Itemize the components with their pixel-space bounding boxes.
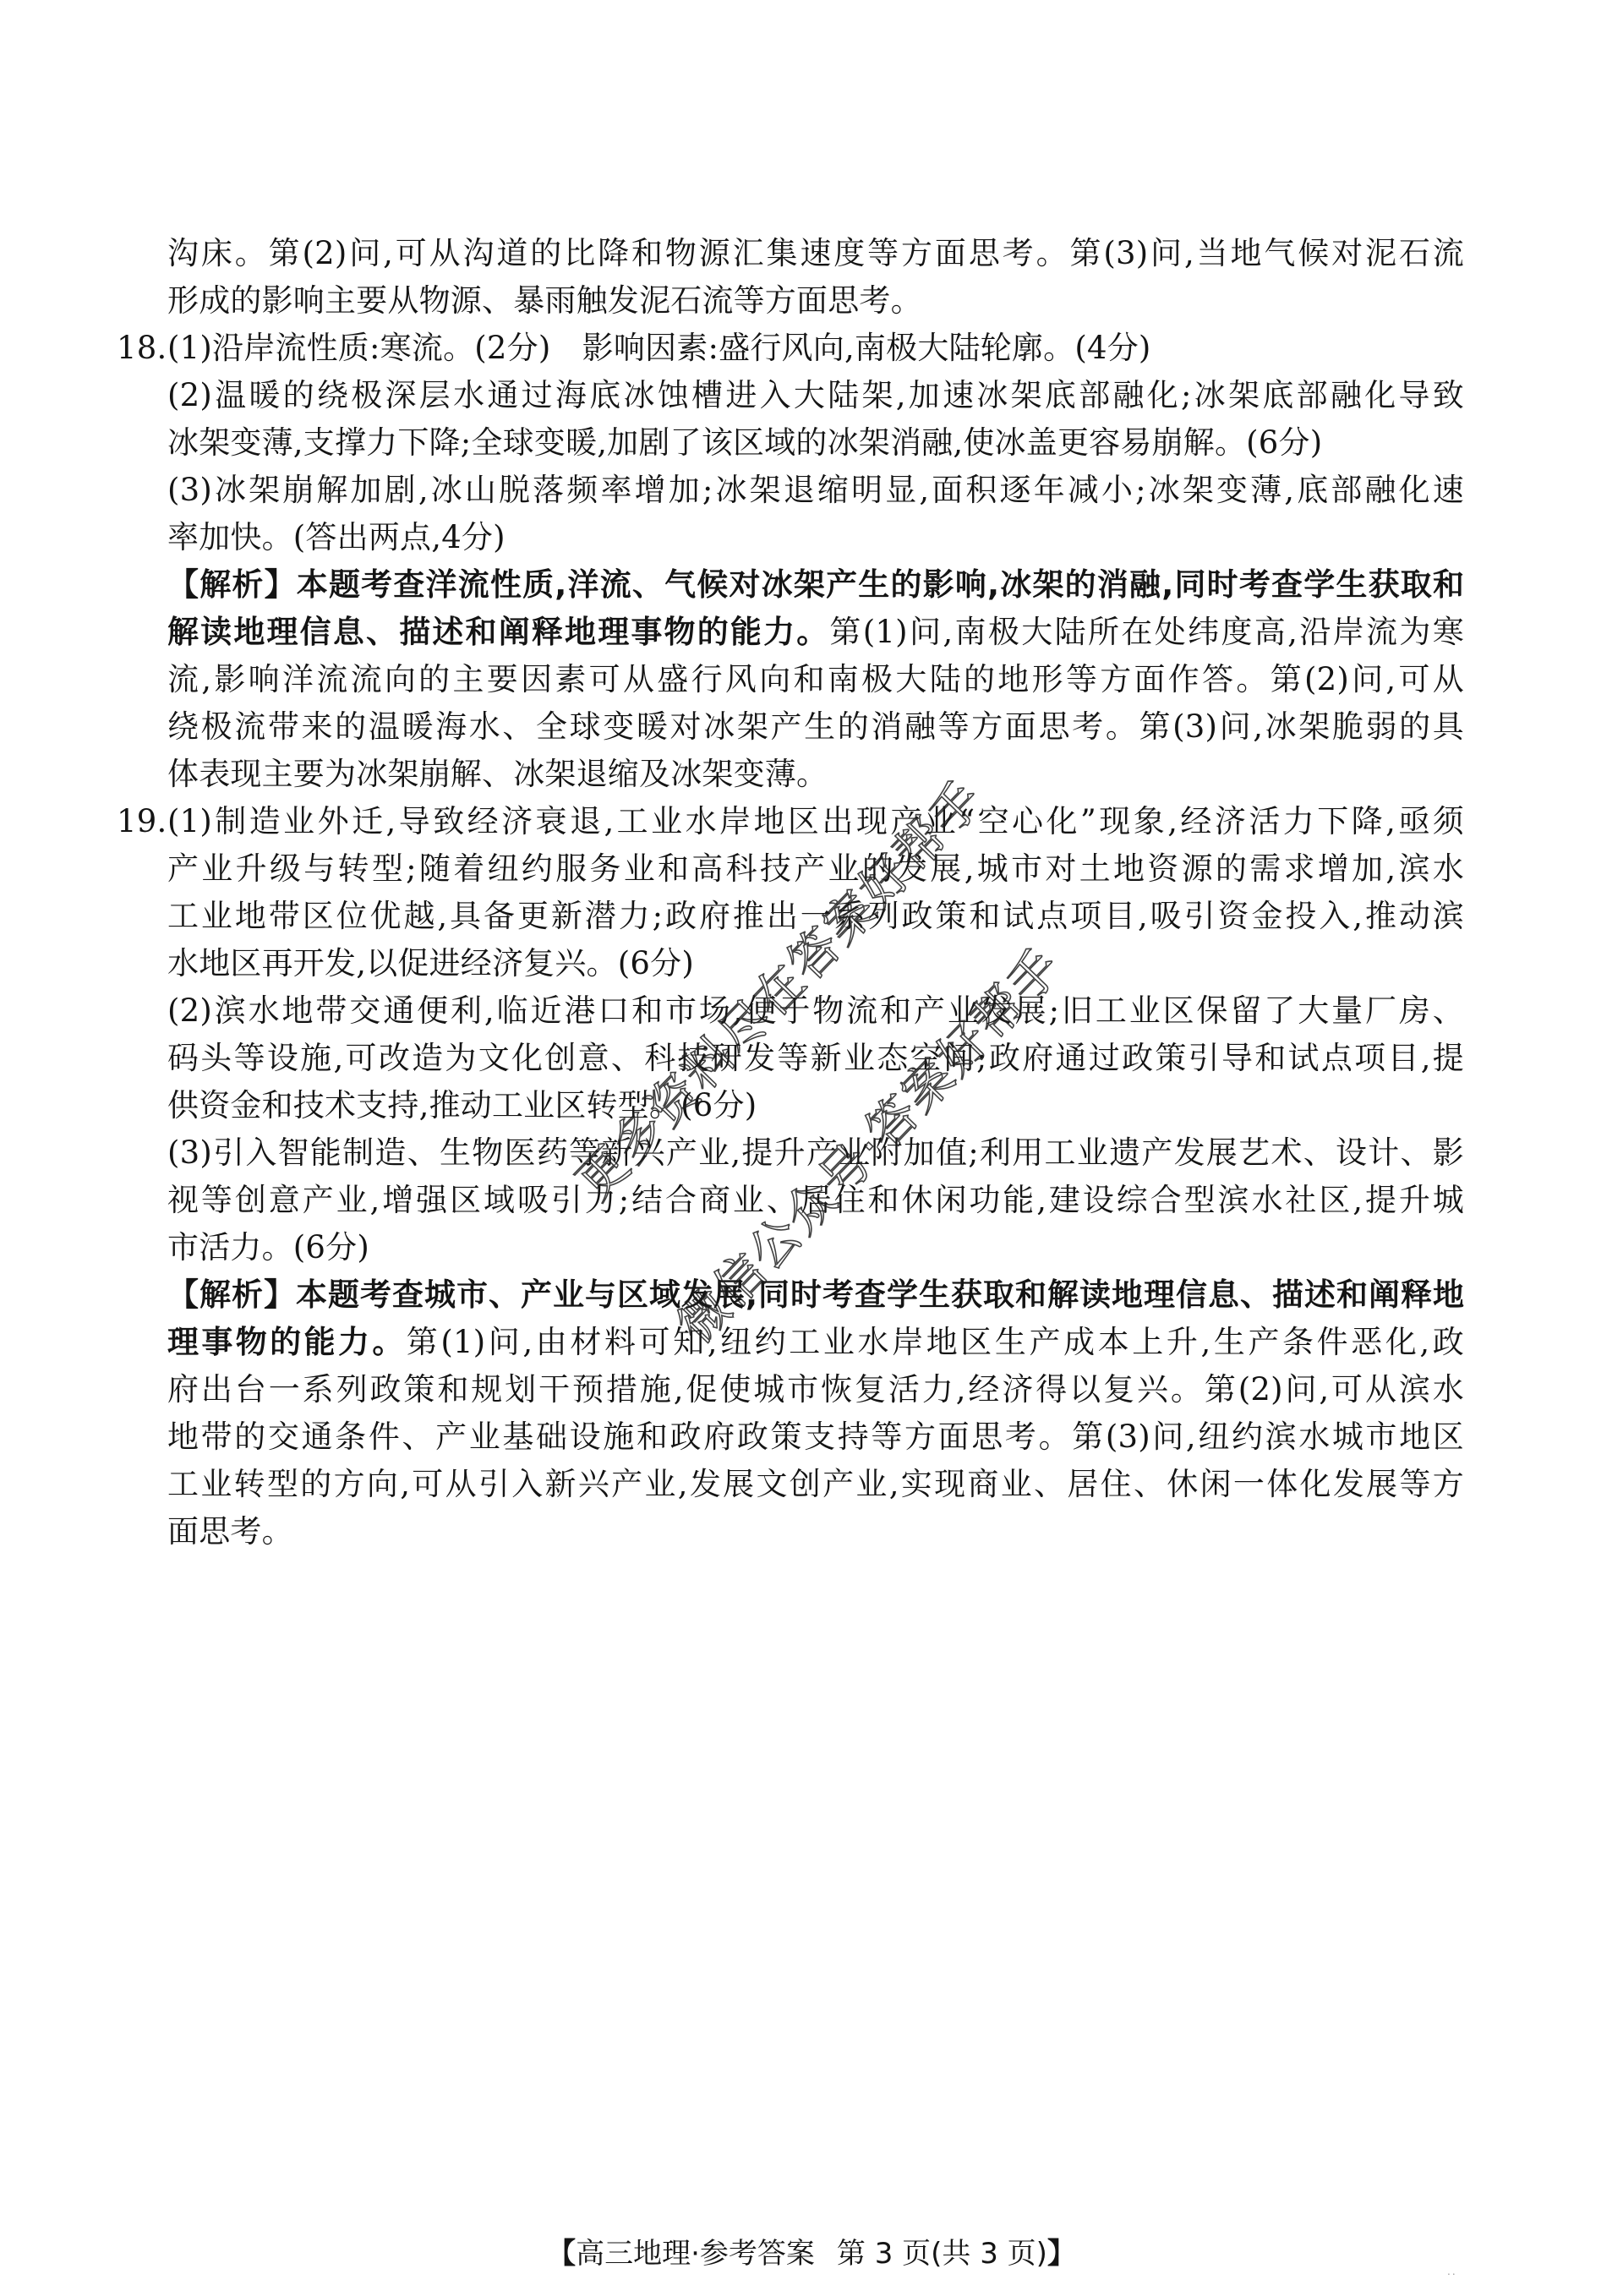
- analysis-bold-text: 理事物的能力。: [167, 1324, 407, 1360]
- answer-line: 19. (1)制造业外迁,导致经济衰退,工业水岸地区出现产业“空心化”现象,经济…: [167, 798, 1464, 845]
- analysis-section: 【解析】本题考查洋流性质,洋流、气候对冰架产生的影响,冰架的消融,同时考查学生获…: [167, 561, 1464, 798]
- text-line: 沟床。第(2)问,可从沟道的比降和物源汇集速度等方面思考。第(3)问,当地气候对…: [167, 230, 1464, 277]
- text-line: 形成的影响主要从物源、暴雨触发泥石流等方面思考。: [167, 277, 1464, 325]
- document-page: 沟床。第(2)问,可从沟道的比降和物源汇集速度等方面思考。第(3)问,当地气候对…: [0, 0, 1623, 2296]
- question-number: 19.: [117, 798, 167, 845]
- analysis-label: 【解析】: [167, 1276, 296, 1313]
- answer-text: (1)制造业外迁,导致经济衰退,工业水岸地区出现产业“空心化”现象,经济活力下降…: [167, 803, 1464, 839]
- analysis-line: 工业转型的方向,可从引入新兴产业,发展文创产业,实现商业、居住、休闲一体化发展等…: [167, 1461, 1464, 1508]
- answer-line: 冰架变薄,支撑力下降;全球变暖,加剧了该区域的冰架消融,使冰盖更容易崩解。(6分…: [167, 419, 1464, 467]
- answer-line: 产业升级与转型;随着纽约服务业和高科技产业的发展,城市对土地资源的需求增加,滨水: [167, 845, 1464, 893]
- question-19: 19. (1)制造业外迁,导致经济衰退,工业水岸地区出现产业“空心化”现象,经济…: [167, 798, 1464, 1555]
- answer-line: 市活力。(6分): [167, 1224, 1464, 1271]
- analysis-label: 【解析】: [167, 566, 297, 603]
- previous-analysis-continuation: 沟床。第(2)问,可从沟道的比降和物源汇集速度等方面思考。第(3)问,当地气候对…: [167, 230, 1464, 325]
- analysis-section: 【解析】本题考查城市、产业与区域发展,同时考查学生获取和解读地理信息、描述和阐释…: [167, 1271, 1464, 1555]
- analysis-line: 【解析】本题考查洋流性质,洋流、气候对冰架产生的影响,冰架的消融,同时考查学生获…: [167, 561, 1464, 609]
- analysis-line: 【解析】本题考查城市、产业与区域发展,同时考查学生获取和解读地理信息、描述和阐释…: [167, 1271, 1464, 1319]
- analysis-line: 体表现主要为冰架崩解、冰架退缩及冰架变薄。: [167, 751, 1464, 798]
- answer-line: 水地区再开发,以促进经济复兴。(6分): [167, 940, 1464, 987]
- answer-line: 视等创意产业,增强区域吸引力;结合商业、居住和休闲功能,建设综合型滨水社区,提升…: [167, 1177, 1464, 1224]
- analysis-line: 绕极流带来的温暖海水、全球变暖对冰架产生的消融等方面思考。第(3)问,冰架脆弱的…: [167, 703, 1464, 751]
- answer-line: (3)引入智能制造、生物医药等新兴产业,提升产业附加值;利用工业遗产发展艺术、设…: [167, 1129, 1464, 1177]
- footer-close-bracket: 】: [1047, 2237, 1076, 2271]
- analysis-text: 第(1)问,南极大陆所在处纬度高,沿岸流为寒: [829, 614, 1464, 650]
- question-number: 18.: [117, 325, 167, 372]
- analysis-bold-text: 解读地理信息、描述和阐释地理事物的能力。: [167, 614, 829, 650]
- analysis-bold-text: 本题考查城市、产业与区域发展,同时考查学生获取和解读地理信息、描述和阐释地: [296, 1276, 1464, 1313]
- analysis-line: 府出台一系列政策和规划干预措施,促使城市恢复活力,经济得以复兴。第(2)问,可从…: [167, 1366, 1464, 1413]
- answer-line: 18. (1)沿岸流性质:寒流。(2分) 影响因素:盛行风向,南极大陆轮廓。(4…: [167, 325, 1464, 372]
- answer-line: 工业地带区位优越,具备更新潜力;政府推出一系列政策和试点项目,吸引资金投入,推动…: [167, 893, 1464, 940]
- answer-line: (2)滨水地带交通便利,临近港口和市场,便于物流和产业发展;旧工业区保留了大量厂…: [167, 987, 1464, 1035]
- analysis-line: 解读地理信息、描述和阐释地理事物的能力。第(1)问,南极大陆所在处纬度高,沿岸流…: [167, 609, 1464, 656]
- answer-line: (2)温暖的绕极深层水通过海底冰蚀槽进入大陆架,加速冰架底部融化;冰架底部融化导…: [167, 372, 1464, 419]
- analysis-text: 第(1)问,由材料可知,纽约工业水岸地区生产成本上升,生产条件恶化,政: [407, 1324, 1464, 1360]
- question-18: 18. (1)沿岸流性质:寒流。(2分) 影响因素:盛行风向,南极大陆轮廓。(4…: [167, 325, 1464, 798]
- corner-mark: ..: [1447, 2266, 1457, 2277]
- answer-text: (1)沿岸流性质:寒流。(2分) 影响因素:盛行风向,南极大陆轮廓。(4分): [167, 330, 1151, 366]
- page-footer: 【高三地理·参考答案第 3 页(共 3 页)】: [0, 2233, 1623, 2274]
- answer-line: (3)冰架崩解加剧,冰山脱落频率增加;冰架退缩明显,面积逐年减小;冰架变薄,底部…: [167, 467, 1464, 514]
- footer-page-info: 第 3 页(共 3 页): [837, 2237, 1047, 2271]
- answer-line: 码头等设施,可改造为文化创意、科技研发等新业态空间;政府通过政策引导和试点项目,…: [167, 1035, 1464, 1082]
- footer-open-bracket: 【: [547, 2237, 576, 2271]
- answer-line: 率加快。(答出两点,4分): [167, 514, 1464, 561]
- answer-content: 沟床。第(2)问,可从沟道的比降和物源汇集速度等方面思考。第(3)问,当地气候对…: [167, 230, 1464, 1555]
- analysis-line: 流,影响洋流流向的主要因素可从盛行风向和南极大陆的地形等方面作答。第(2)问,可…: [167, 656, 1464, 703]
- answer-line: 供资金和技术支持,推动工业区转型。(6分): [167, 1082, 1464, 1129]
- analysis-bold-text: 本题考查洋流性质,洋流、气候对冰架产生的影响,冰架的消融,同时考查学生获取和: [297, 566, 1464, 603]
- footer-subject: 高三地理·参考答案: [576, 2237, 815, 2271]
- analysis-line: 理事物的能力。第(1)问,由材料可知,纽约工业水岸地区生产成本上升,生产条件恶化…: [167, 1319, 1464, 1366]
- analysis-line: 地带的交通条件、产业基础设施和政府政策支持等方面思考。第(3)问,纽约滨水城市地…: [167, 1413, 1464, 1461]
- analysis-line: 面思考。: [167, 1508, 1464, 1555]
